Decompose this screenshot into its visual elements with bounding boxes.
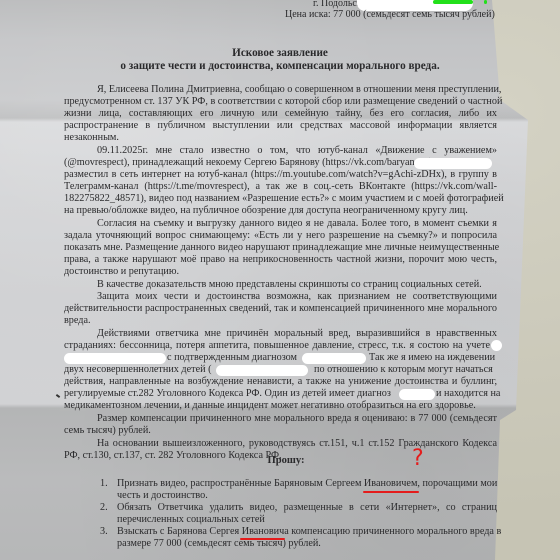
paragraph-line: Так же я имею на иждевении <box>369 352 495 364</box>
request-item-line: Взыскать с Барянова Сергея Ивановича ком… <box>117 526 497 538</box>
paragraph-line: Я, Елисеева Полина Дмитриевна, сообщаю о… <box>97 84 497 96</box>
header-claim-price: Цена иска: 77 000 (семьдесят семь тысяч … <box>285 9 495 21</box>
request-heading: Прошу: <box>6 455 560 467</box>
paragraph-line: распространение в публичном выступлении … <box>64 120 497 132</box>
request-item-number: 3. <box>100 526 108 537</box>
paragraph-line: Действиями ответчика мне причинён мораль… <box>97 328 497 340</box>
paragraph-line: вреда. <box>64 315 91 327</box>
paragraph-line: показать мне. Размещение данного видео н… <box>64 242 497 254</box>
paragraph-line: предусмотренном ст. 137 УК РФ, в соответ… <box>64 96 497 108</box>
request-item-number: 1. <box>100 478 108 489</box>
red-underline-patronymic-1 <box>363 491 419 493</box>
paragraph-line: двух несовершеннолетних детей ( <box>64 364 212 376</box>
document-subtitle: о защите чести и достоинства, компенсаци… <box>0 60 560 72</box>
red-underline-patronymic-2 <box>240 538 285 540</box>
request-item-line: перечисленных социальных сетей <box>117 514 265 526</box>
paragraph-line: 09.11.2025г. мне стало известно о том, ч… <box>97 145 497 157</box>
paragraph-line: и находится на <box>436 388 500 400</box>
paragraph-line: медикаментозном лечении, и данные инциде… <box>64 400 476 412</box>
paragraph-line: регулируемые ст.282 Уголовного Кодекса Р… <box>64 388 391 400</box>
paragraph-line: с подтвержденным диагнозом <box>167 352 297 364</box>
redaction-registry-cont <box>64 353 166 364</box>
paragraph-line: незаконным. <box>64 132 119 144</box>
request-item-line: размере 77 000 (семьдесят семь тысяч) ру… <box>117 538 321 550</box>
paragraph-line: На основании вышеизложенного, руководств… <box>97 438 497 450</box>
paragraph-line: по отношению к которым могут начаться <box>314 364 493 376</box>
paragraph-line: Размер компенсации причиненного мне мора… <box>97 413 497 425</box>
redaction-children <box>216 365 308 376</box>
paragraph-line: разместил в сеть интернет на ютуб-канал … <box>64 169 497 181</box>
paragraph-line: Защита моих чести и достоинства возможна… <box>97 291 497 303</box>
redaction-child-diagnosis <box>399 389 435 400</box>
request-item-line: честь и достоинство. <box>117 490 208 502</box>
paragraph-line: семь тысяч) рублей. <box>64 425 151 437</box>
green-highlight-mark <box>433 0 473 4</box>
paragraph-line: жизни лица, составляющих его личную или … <box>64 108 497 120</box>
paragraph-line: права, а также нарушают моё право на неп… <box>64 254 497 266</box>
request-item-line: Признать видео, распространённые Барянов… <box>117 478 497 490</box>
request-item-number: 2. <box>100 502 108 513</box>
paragraph-line: страданиях: бессонница, потеря аппетита,… <box>64 340 490 352</box>
paragraph-line: 182275822_48571), видео под названием «Р… <box>64 193 497 205</box>
paragraph-line: В качестве доказательств мною представле… <box>97 279 482 291</box>
question-mark-annotation: ? <box>412 448 424 470</box>
paragraph-line: действительности распространенных сведен… <box>64 303 497 315</box>
paragraph-line: задала уточняющий вопрос снимающему: «Ес… <box>64 230 497 242</box>
request-item-line: Обязать Ответчика удалить видео, размеще… <box>117 502 497 514</box>
redaction-registry <box>491 340 502 351</box>
paragraph-line: (@movrespect), принадлежащий некоему Сер… <box>64 157 432 169</box>
paragraph-line: достоинство и репутацию. <box>64 266 179 278</box>
redaction-link <box>414 158 492 169</box>
paragraph-line: на превью/обложке видео, на публичное об… <box>64 205 468 217</box>
document-title: Исковое заявление <box>0 47 560 59</box>
green-highlight-dot <box>484 0 487 4</box>
paragraph-line: Телеграмм-канал (https://t.me/movrespect… <box>64 181 497 193</box>
paragraph-line: Согласия на съемку и выгрузку данного ви… <box>97 218 497 230</box>
redaction-diagnosis <box>302 353 366 364</box>
paragraph-line: действия, направленные на возбуждение не… <box>64 376 497 388</box>
